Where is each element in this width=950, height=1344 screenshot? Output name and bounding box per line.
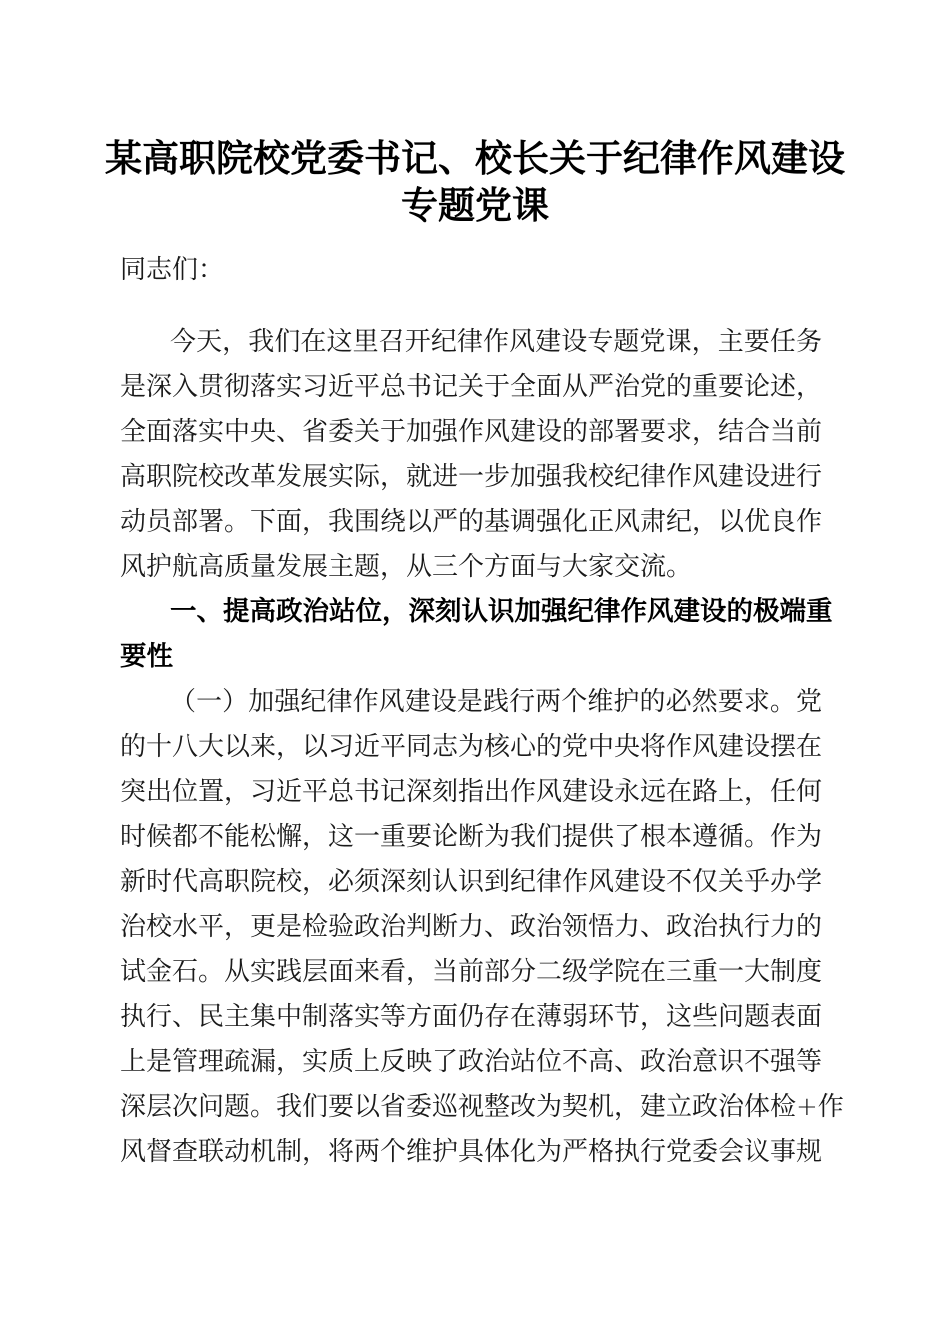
intro-paragraph-line: 是深入贯彻落实习近平总书记关于全面从严治党的重要论述， — [120, 367, 822, 407]
document-page: 某高职院校党委书记、校长关于纪律作风建设 专题党课 同志们： 今天，我们在这里召… — [0, 0, 950, 1344]
subsection-paragraph-line: 上是管理疏漏，实质上反映了政治站位不高、政治意识不强等 — [120, 1042, 822, 1082]
subsection-paragraph-line: 突出位置，习近平总书记深刻指出作风建设永远在路上，任何 — [120, 772, 822, 812]
subsection-paragraph-line: 试金石。从实践层面来看，当前部分二级学院在三重一大制度 — [120, 952, 822, 992]
subsection-paragraph-line: 执行、民主集中制落实等方面仍存在薄弱环节，这些问题表面 — [120, 997, 822, 1037]
subsection-paragraph-line: 时候都不能松懈，这一重要论断为我们提供了根本遵循。作为 — [120, 817, 822, 857]
intro-paragraph-line: 风护航高质量发展主题，从三个方面与大家交流。 — [120, 547, 822, 587]
section-heading-line: 要性 — [120, 637, 822, 677]
subsection-paragraph-line: 风督查联动机制，将两个维护具体化为严格执行党委会议事规 — [120, 1132, 822, 1172]
section-heading-line: 一、提高政治站位，深刻认识加强纪律作风建设的极端重 — [170, 592, 822, 632]
subsection-paragraph-line: 新时代高职院校，必须深刻认识到纪律作风建设不仅关乎办学 — [120, 862, 822, 902]
intro-paragraph-line: 高职院校改革发展实际，就进一步加强我校纪律作风建设进行 — [120, 457, 822, 497]
subsection-paragraph-line: 治校水平，更是检验政治判断力、政治领悟力、政治执行力的 — [120, 907, 822, 947]
intro-paragraph-line: 今天，我们在这里召开纪律作风建设专题党课，主要任务 — [170, 322, 822, 362]
salutation: 同志们： — [120, 250, 822, 290]
document-title-line-1: 某高职院校党委书记、校长关于纪律作风建设 — [0, 136, 950, 180]
document-title-line-2: 专题党课 — [0, 183, 950, 227]
intro-paragraph-line: 全面落实中央、省委关于加强作风建设的部署要求，结合当前 — [120, 412, 822, 452]
intro-paragraph-line: 动员部署。下面，我围绕以严的基调强化正风肃纪，以优良作 — [120, 502, 822, 542]
subsection-paragraph-line: 的十八大以来，以习近平同志为核心的党中央将作风建设摆在 — [120, 727, 822, 767]
subsection-paragraph-line: 深层次问题。我们要以省委巡视整改为契机，建立政治体检+作 — [120, 1087, 822, 1127]
subsection-paragraph-line: （一）加强纪律作风建设是践行两个维护的必然要求。党 — [170, 682, 822, 722]
